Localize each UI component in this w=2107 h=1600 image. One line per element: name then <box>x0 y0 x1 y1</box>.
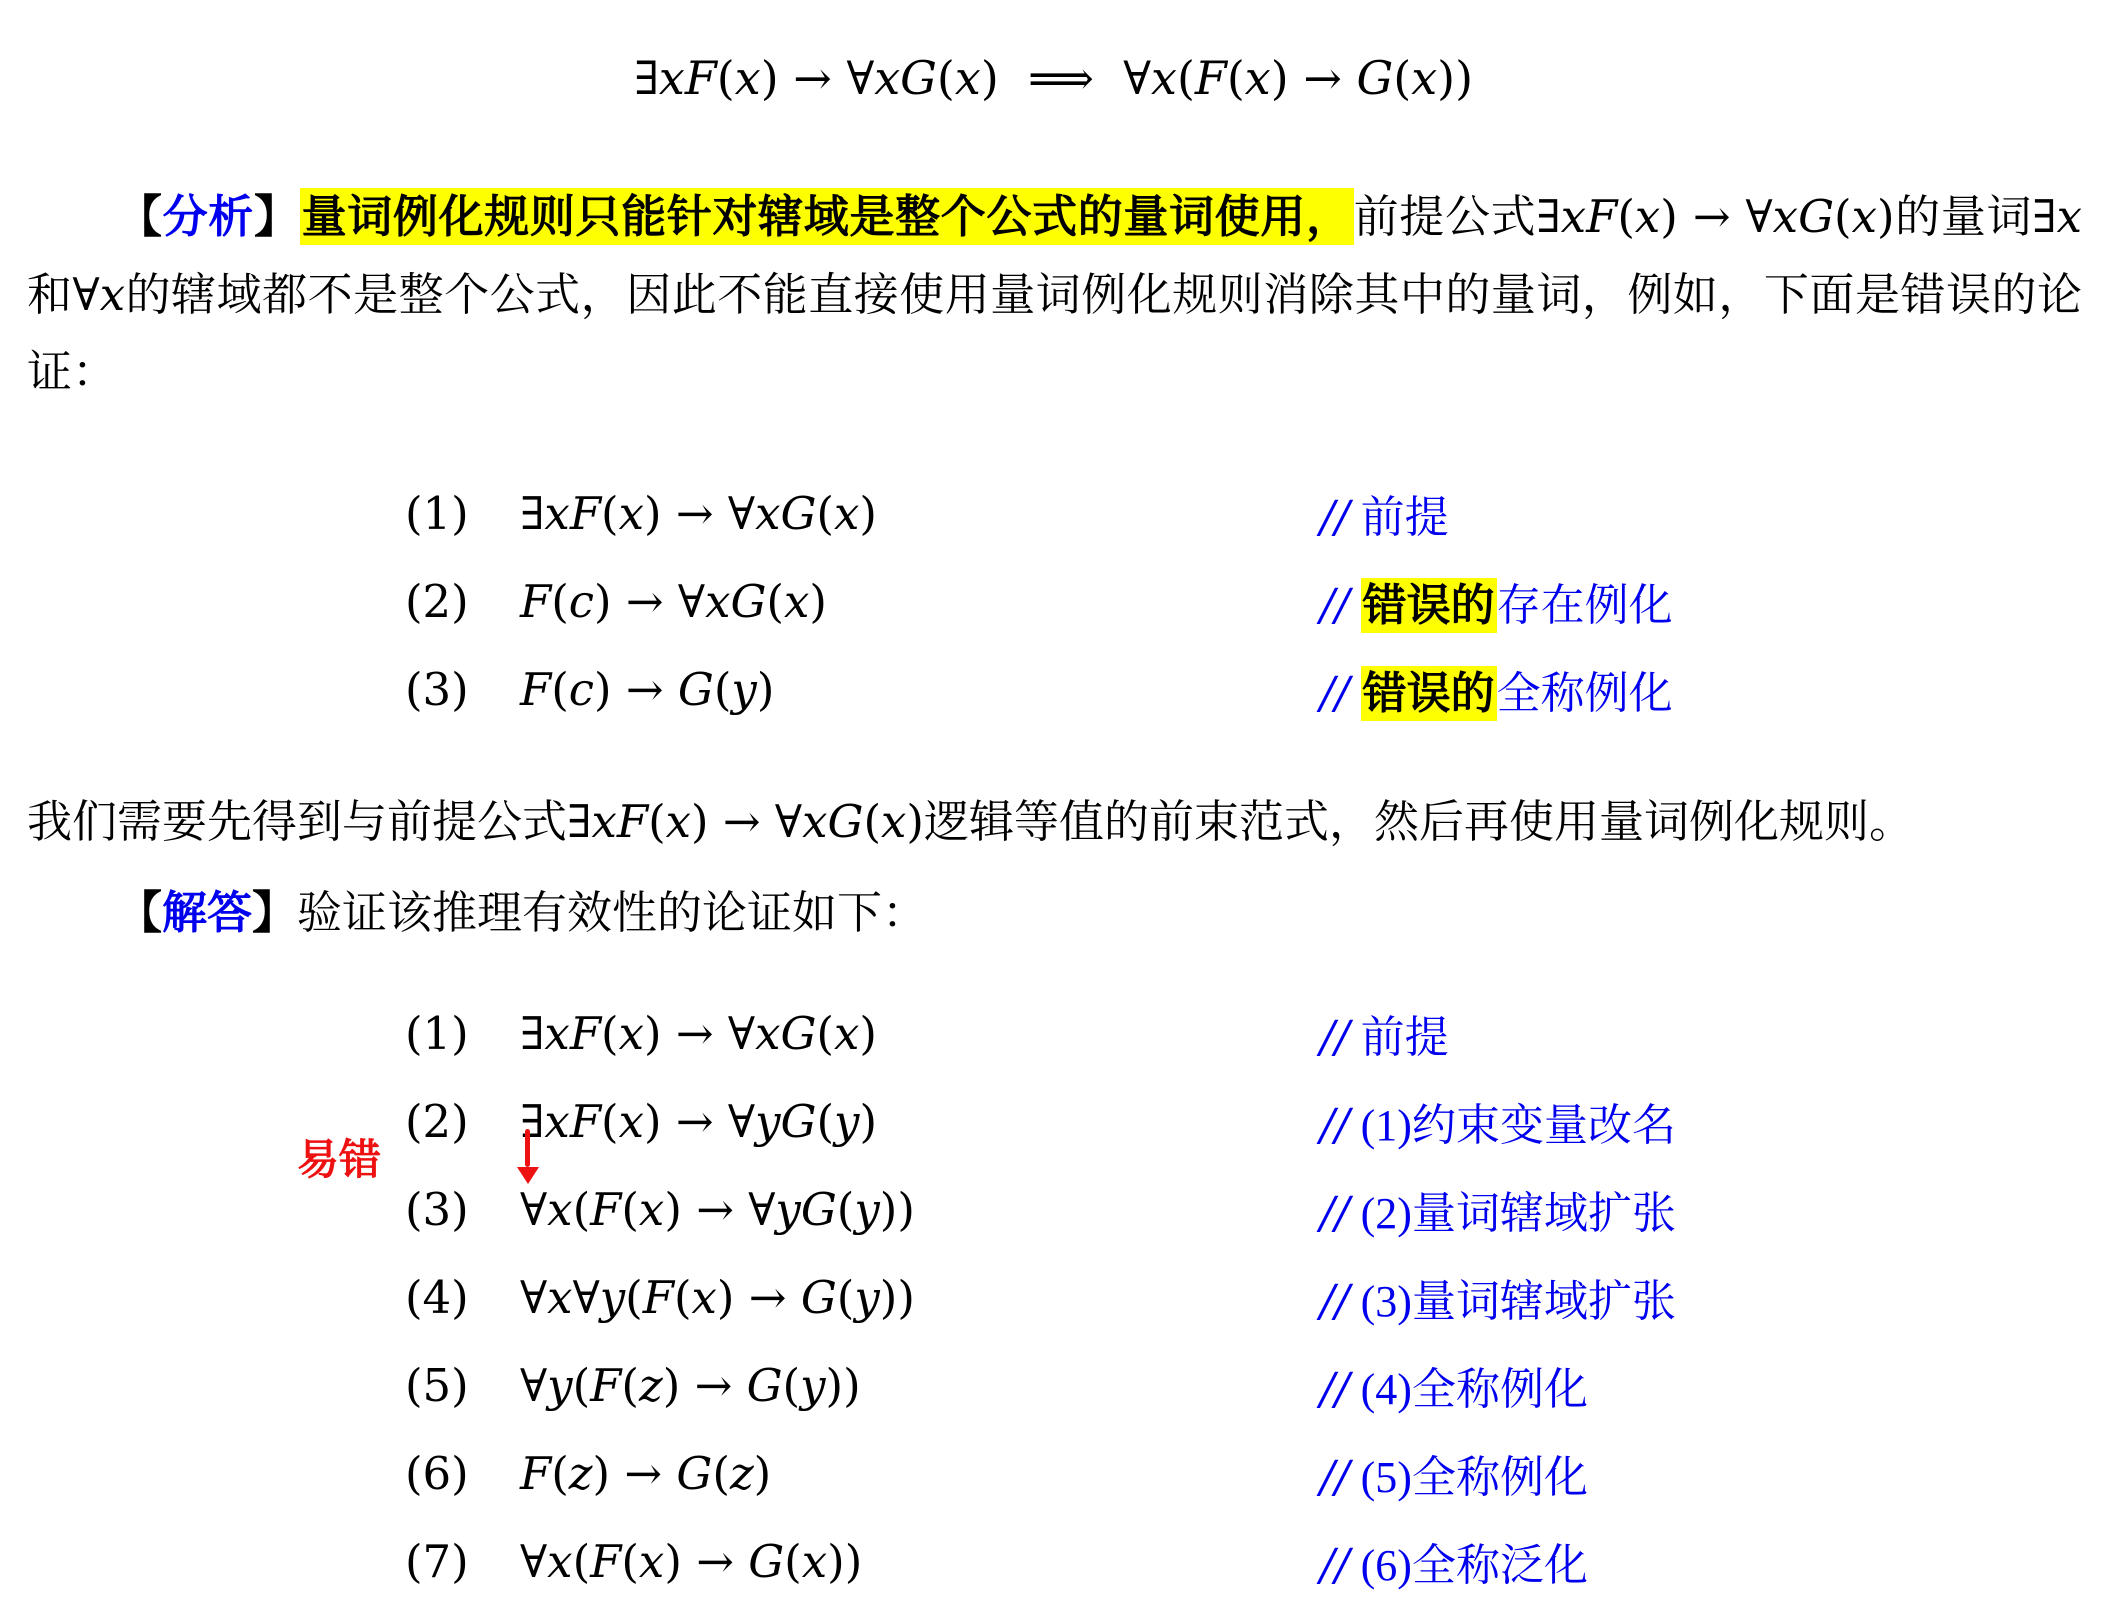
text-segment: 】 <box>254 191 300 242</box>
row-comment: // (5)全称例化 <box>1320 1441 1588 1505</box>
arrow-stem <box>525 1129 530 1167</box>
text-segment: 解答 <box>162 887 252 938</box>
derivation-row: (4)∀x∀y(F(x) → G(y))// (3)量词辖域扩张 <box>405 1253 2107 1341</box>
arrow-head <box>517 1167 539 1184</box>
text-segment: 存在例化 <box>1497 581 1673 630</box>
text-segment: // <box>1320 1188 1350 1239</box>
text-segment: ∃x <box>2032 190 2082 243</box>
row-number: (7) <box>405 1535 520 1588</box>
text-segment: // <box>1320 492 1350 543</box>
row-comment: // (6)全称泛化 <box>1320 1529 1588 1593</box>
error-prone-label: 易错 <box>297 1139 381 1181</box>
derivation-row: (2)F(c) → ∀xG(x)// 错误的存在例化 <box>405 557 2107 645</box>
text-segment: 【 <box>117 191 163 242</box>
row-number: (1) <box>405 1007 520 1060</box>
text-segment: // <box>1320 1540 1350 1591</box>
row-formula: ∀x(F(x) → G(x)) <box>520 1535 1320 1588</box>
text-segment: ∃xF(x) → ∀xG(x) <box>1536 190 1894 243</box>
row-formula: ∃xF(x) → ∀xG(x) <box>520 487 1320 540</box>
text-segment: (3)量词辖域扩张 <box>1350 1277 1676 1326</box>
text-segment <box>1350 581 1361 630</box>
text-segment: 的量词 <box>1895 192 2033 242</box>
text-segment: 错误的 <box>1361 578 1497 633</box>
derivation-row: (3)∀x(F(x) → ∀yG(y))// (2)量词辖域扩张 <box>405 1165 2107 1253</box>
text-segment: (6)全称泛化 <box>1350 1541 1588 1590</box>
text-segment: 我们需要先得到与前提公式 <box>27 797 567 847</box>
document-page: ∃xF(x) → ∀xG(x) ⟹ ∀x(F(x) → G(x)) 【分析】量词… <box>0 0 2107 1600</box>
row-number: (6) <box>405 1447 520 1500</box>
text-segment: 验证该推理有效性的论证如下： <box>297 888 927 938</box>
derivation-incorrect: (1)∃xF(x) → ∀xG(x)// 前提(2)F(c) → ∀xG(x)/… <box>405 469 2107 733</box>
row-formula: F(c) → G(y) <box>520 663 1320 716</box>
derivation-row: (6)F(z) → G(z)// (5)全称例化 <box>405 1429 2107 1517</box>
text-segment: ∃xF(x) → ∀xG(x) <box>567 795 924 848</box>
derivation-row: (2)∃xF(x) → ∀yG(y)// (1)约束变量改名 <box>405 1077 2107 1165</box>
text-segment: 前提 <box>1350 1013 1449 1062</box>
row-formula: ∀y(F(z) → G(y)) <box>520 1359 1320 1412</box>
text-segment: (4)全称例化 <box>1350 1365 1588 1414</box>
text-segment: (2)量词辖域扩张 <box>1350 1189 1676 1238</box>
row-comment: // 错误的存在例化 <box>1320 569 1673 633</box>
derivation-correct: 易错 (1)∃xF(x) → ∀xG(x)// 前提(2)∃xF(x) → ∀y… <box>405 989 2107 1600</box>
text-segment: 的辖域都不是整个公式，因此不能直接使用量词例化规则消除其中的量词，例如，下面是错… <box>27 270 2082 397</box>
row-number: (3) <box>405 663 520 716</box>
row-comment: // (1)约束变量改名 <box>1320 1089 1676 1153</box>
text-segment: 前提 <box>1350 493 1449 542</box>
text-segment: // <box>1320 668 1350 719</box>
row-number: (3) <box>405 1183 520 1236</box>
row-number: (1) <box>405 487 520 540</box>
main-theorem-formula: ∃xF(x) → ∀xG(x) ⟹ ∀x(F(x) → G(x)) <box>0 42 2107 114</box>
row-comment: // (2)量词辖域扩张 <box>1320 1177 1676 1241</box>
text-segment: // <box>1320 1364 1350 1415</box>
text-segment: 错误的 <box>1361 666 1497 721</box>
row-number: (2) <box>405 1095 520 1148</box>
row-comment: // (3)量词辖域扩张 <box>1320 1265 1676 1329</box>
solution-heading: 【解答】验证该推理有效性的论证如下： <box>27 874 2082 952</box>
text-segment: // <box>1320 1012 1350 1063</box>
text-segment: // <box>1320 1100 1350 1151</box>
text-segment: 量词例化规则只能针对辖域是整个公式的量词使用， <box>300 188 1354 245</box>
derivation-row: (5)∀y(F(z) → G(y))// (4)全称例化 <box>405 1341 2107 1429</box>
row-formula: ∀x∀y(F(x) → G(y)) <box>520 1271 1320 1324</box>
row-number: (4) <box>405 1271 520 1324</box>
analysis-paragraph: 【分析】量词例化规则只能针对辖域是整个公式的量词使用，前提公式∃xF(x) → … <box>27 178 2082 411</box>
row-comment: // 前提 <box>1320 1001 1449 1065</box>
derivation-row: (1)∃xF(x) → ∀xG(x)// 前提 <box>405 469 2107 557</box>
text-segment: 和 <box>27 270 73 320</box>
text-segment: (5)全称例化 <box>1350 1453 1588 1502</box>
red-down-arrow-icon <box>517 1129 539 1184</box>
row-number: (2) <box>405 575 520 628</box>
row-comment: // 错误的全称例化 <box>1320 657 1673 721</box>
text-segment: // <box>1320 1452 1350 1503</box>
row-formula: F(c) → ∀xG(x) <box>520 575 1320 628</box>
text-segment: 分析 <box>163 191 254 242</box>
text-segment <box>1350 669 1361 718</box>
derivation-row: (7)∀x(F(x) → G(x))// (6)全称泛化 <box>405 1517 2107 1600</box>
text-segment: 逻辑等值的前束范式，然后再使用量词例化规则。 <box>924 797 1914 847</box>
row-number: (5) <box>405 1359 520 1412</box>
text-segment: (1)约束变量改名 <box>1350 1101 1676 1150</box>
text-segment: ∀x <box>73 268 126 321</box>
row-formula: ∀x(F(x) → ∀yG(y)) <box>520 1183 1320 1236</box>
derivation-row: (1)∃xF(x) → ∀xG(x)// 前提 <box>405 989 2107 1077</box>
row-formula: ∃xF(x) → ∀yG(y) <box>520 1095 1320 1148</box>
middle-paragraph: 我们需要先得到与前提公式∃xF(x) → ∀xG(x)逻辑等值的前束范式，然后再… <box>27 783 2082 861</box>
text-segment: 】 <box>252 887 297 938</box>
text-segment: // <box>1320 1276 1350 1327</box>
text-segment: // <box>1320 580 1350 631</box>
row-comment: // (4)全称例化 <box>1320 1353 1588 1417</box>
row-formula: ∃xF(x) → ∀xG(x) <box>520 1007 1320 1060</box>
derivation-row: (3)F(c) → G(y)// 错误的全称例化 <box>405 645 2107 733</box>
row-comment: // 前提 <box>1320 481 1449 545</box>
text-segment: 【 <box>117 887 162 938</box>
text-segment: 全称例化 <box>1497 669 1673 718</box>
row-formula: F(z) → G(z) <box>520 1447 1320 1500</box>
text-segment: 前提公式 <box>1354 192 1537 242</box>
